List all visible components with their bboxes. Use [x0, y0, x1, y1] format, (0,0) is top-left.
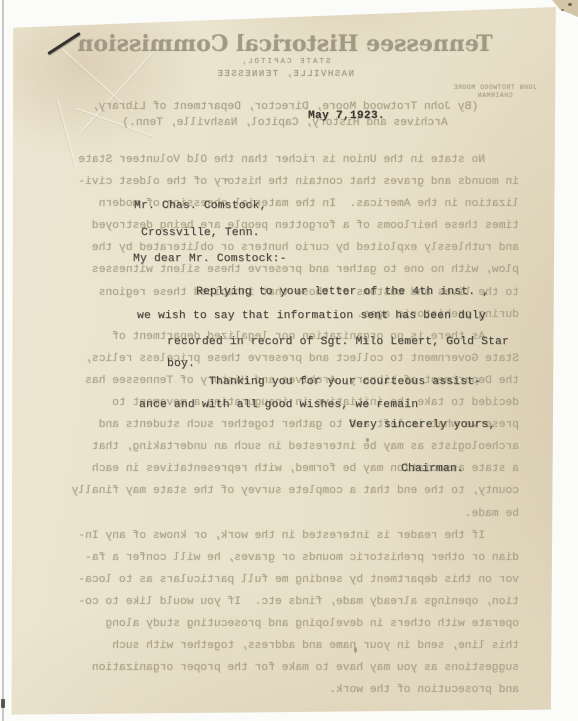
recipient-name: Mr. Chas. Comstock, [134, 200, 267, 212]
bleed-text-line: If the reader is interested in the work,… [51, 525, 519, 547]
body-line: Thanking you for your courteous assist- [209, 376, 481, 388]
bleed-text-line: this line, send in your name and address… [51, 635, 519, 657]
bleed-text-line: times these heirlooms of a forgotten peo… [51, 215, 519, 237]
bleed-text-line: No state in the Union is richer than the… [51, 149, 519, 171]
bleed-text-line: State Government to collect and preserve… [51, 348, 519, 370]
signature-title: Chairman. [401, 463, 464, 475]
bleed-through-layer: Tennessee Historical Commission STATE CA… [51, 2, 519, 716]
paper-crease [56, 99, 76, 167]
bleed-text-line: lization in the Americas. In the materia… [51, 193, 519, 215]
ink-speck [354, 647, 357, 653]
bleed-text-line: dian or other prehistoric mounds or grav… [51, 547, 519, 569]
bleed-text-line: and prosecution of the work. [51, 679, 519, 701]
body-line: ance and with all good wishes, we remain [139, 399, 418, 411]
bleed-text-line: operate with others in developing and pr… [51, 613, 519, 635]
bleed-text-line: vor on this department by sending me ful… [51, 569, 519, 591]
letter-page: Tennessee Historical Commission STATE CA… [11, 2, 558, 716]
bleed-text-line: tion, openings already made, finds etc. … [51, 591, 519, 613]
body-line: boy. [167, 358, 195, 370]
scanner-edge-line [2, 0, 4, 721]
background-page-corner [552, 0, 578, 17]
paper-speck [225, 178, 229, 181]
bleed-text-line: in mounds and graves that contain the hi… [51, 171, 519, 193]
paper-speck [568, 3, 572, 6]
bleed-text-line: county, to the end that a complete surve… [51, 480, 519, 502]
letterhead-officer: JOHN TROTWOOD MOORE CHAIRMAN [445, 84, 545, 100]
scanned-letter-screenshot: { "colors": { "scan_background": "#fbfbf… [0, 0, 578, 721]
officer-title: CHAIRMAN [445, 92, 545, 100]
body-line: we wish to say that information sent has… [137, 310, 486, 322]
bleed-text-line: suggestions as you may have to make for … [51, 657, 519, 679]
officer-name: JOHN TROTWOOD MOORE [445, 84, 545, 92]
letterhead-city-line: NASHVILLE, TENNESSEE [51, 69, 519, 79]
bleed-text-line: be made. [51, 503, 519, 525]
recipient-city: Crossville, Tenn. [141, 227, 260, 239]
scanner-edge-mark [1, 699, 5, 708]
paper-speck [561, 9, 564, 11]
closing: Very sincerely yours, [349, 419, 496, 431]
ink-speck [366, 438, 369, 442]
letterhead-title: Tennessee Historical Commission [51, 31, 519, 57]
bleed-text-line: archeologists as may be interested in su… [51, 436, 519, 458]
body-line: recorded in record of Sgt. Milo Lemert, … [167, 336, 509, 348]
body-line: Replying to your letter of the 4th inst.… [196, 286, 489, 298]
paper-crease [61, 48, 134, 114]
letterhead-address-line: STATE CAPITOL, [51, 58, 519, 66]
salutation: My dear Mr. Comstock:- [133, 253, 287, 265]
letter-date: May 7,1923. [308, 110, 385, 122]
